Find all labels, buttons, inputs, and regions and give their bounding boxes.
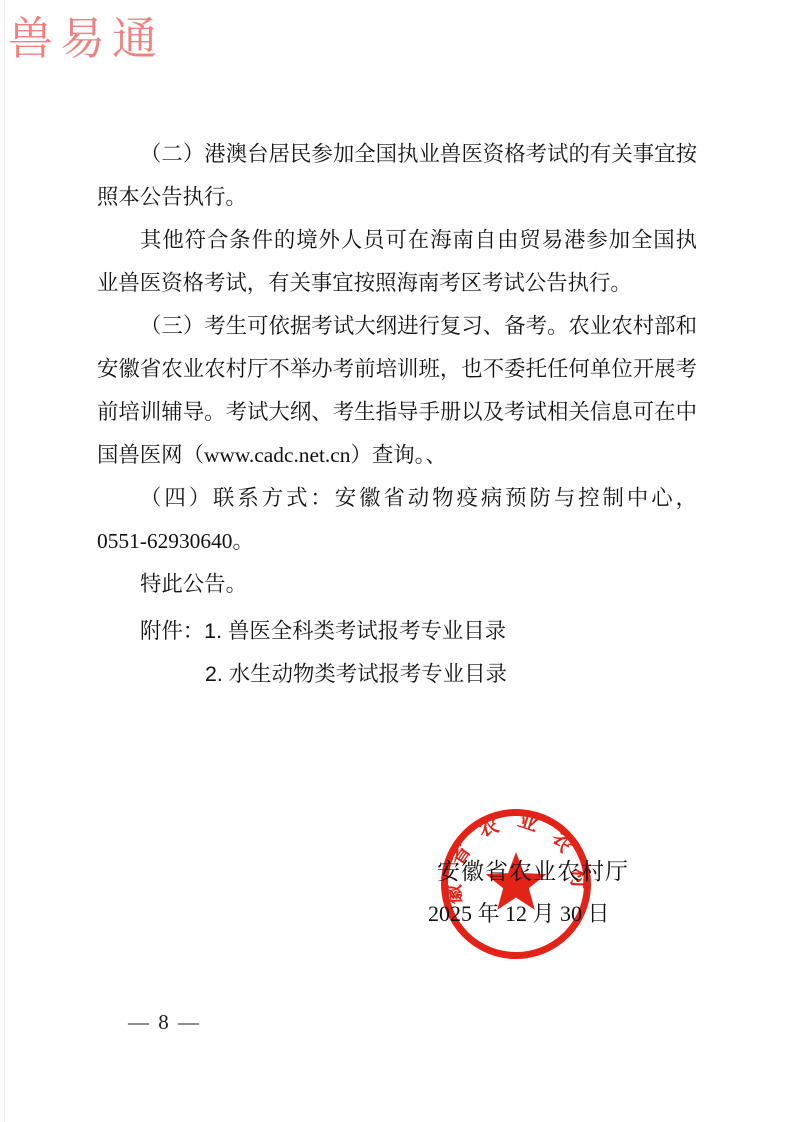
body-line: 国兽医网（www.cadc.net.cn）查询。、 bbox=[97, 434, 697, 477]
phone-number: 0551-62930640。 bbox=[97, 520, 697, 563]
website-url: www.cadc.net.cn bbox=[204, 443, 351, 467]
signature-date: 2025 年 12 月 30 日 bbox=[428, 897, 610, 928]
watermark-logo: 兽易通 bbox=[8, 2, 164, 67]
body-line: （二）港澳台居民参加全国执业兽医资格考试的有关事宜按 bbox=[97, 133, 697, 176]
attachment-item: 附件：1. 兽医全科类考试报考专业目录 bbox=[97, 610, 697, 653]
document-body: （二）港澳台居民参加全国执业兽医资格考试的有关事宜按 照本公告执行。 其他符合条… bbox=[97, 133, 697, 696]
body-text: ）查询。、 bbox=[350, 443, 446, 467]
page-number: — 8 — bbox=[128, 1010, 201, 1035]
body-line: 特此公告。 bbox=[97, 563, 697, 606]
body-line: （三）考生可依据考试大纲进行复习、备考。农业农村部和 bbox=[97, 305, 697, 348]
body-line: （四）联系方式：安徽省动物疫病预防与控制中心， bbox=[97, 477, 697, 520]
signature-organization: 安徽省农业农村厅 bbox=[437, 853, 629, 886]
body-line: 照本公告执行。 bbox=[97, 176, 697, 219]
body-text: 国兽医网（ bbox=[97, 443, 204, 467]
scan-edge-line bbox=[4, 0, 5, 1122]
document-page: 兽易通 （二）港澳台居民参加全国执业兽医资格考试的有关事宜按 照本公告执行。 其… bbox=[0, 0, 793, 1122]
body-line: 业兽医资格考试，有关事宜按照海南考区考试公告执行。 bbox=[97, 262, 697, 305]
body-line: 前培训辅导。考试大纲、考生指导手册以及考试相关信息可在中 bbox=[97, 391, 697, 434]
body-line: 安徽省农业农村厅不举办考前培训班，也不委托任何单位开展考 bbox=[97, 348, 697, 391]
body-line: 其他符合条件的境外人员可在海南自由贸易港参加全国执 bbox=[97, 219, 697, 262]
attachment-item: 2. 水生动物类考试报考专业目录 bbox=[97, 653, 697, 696]
